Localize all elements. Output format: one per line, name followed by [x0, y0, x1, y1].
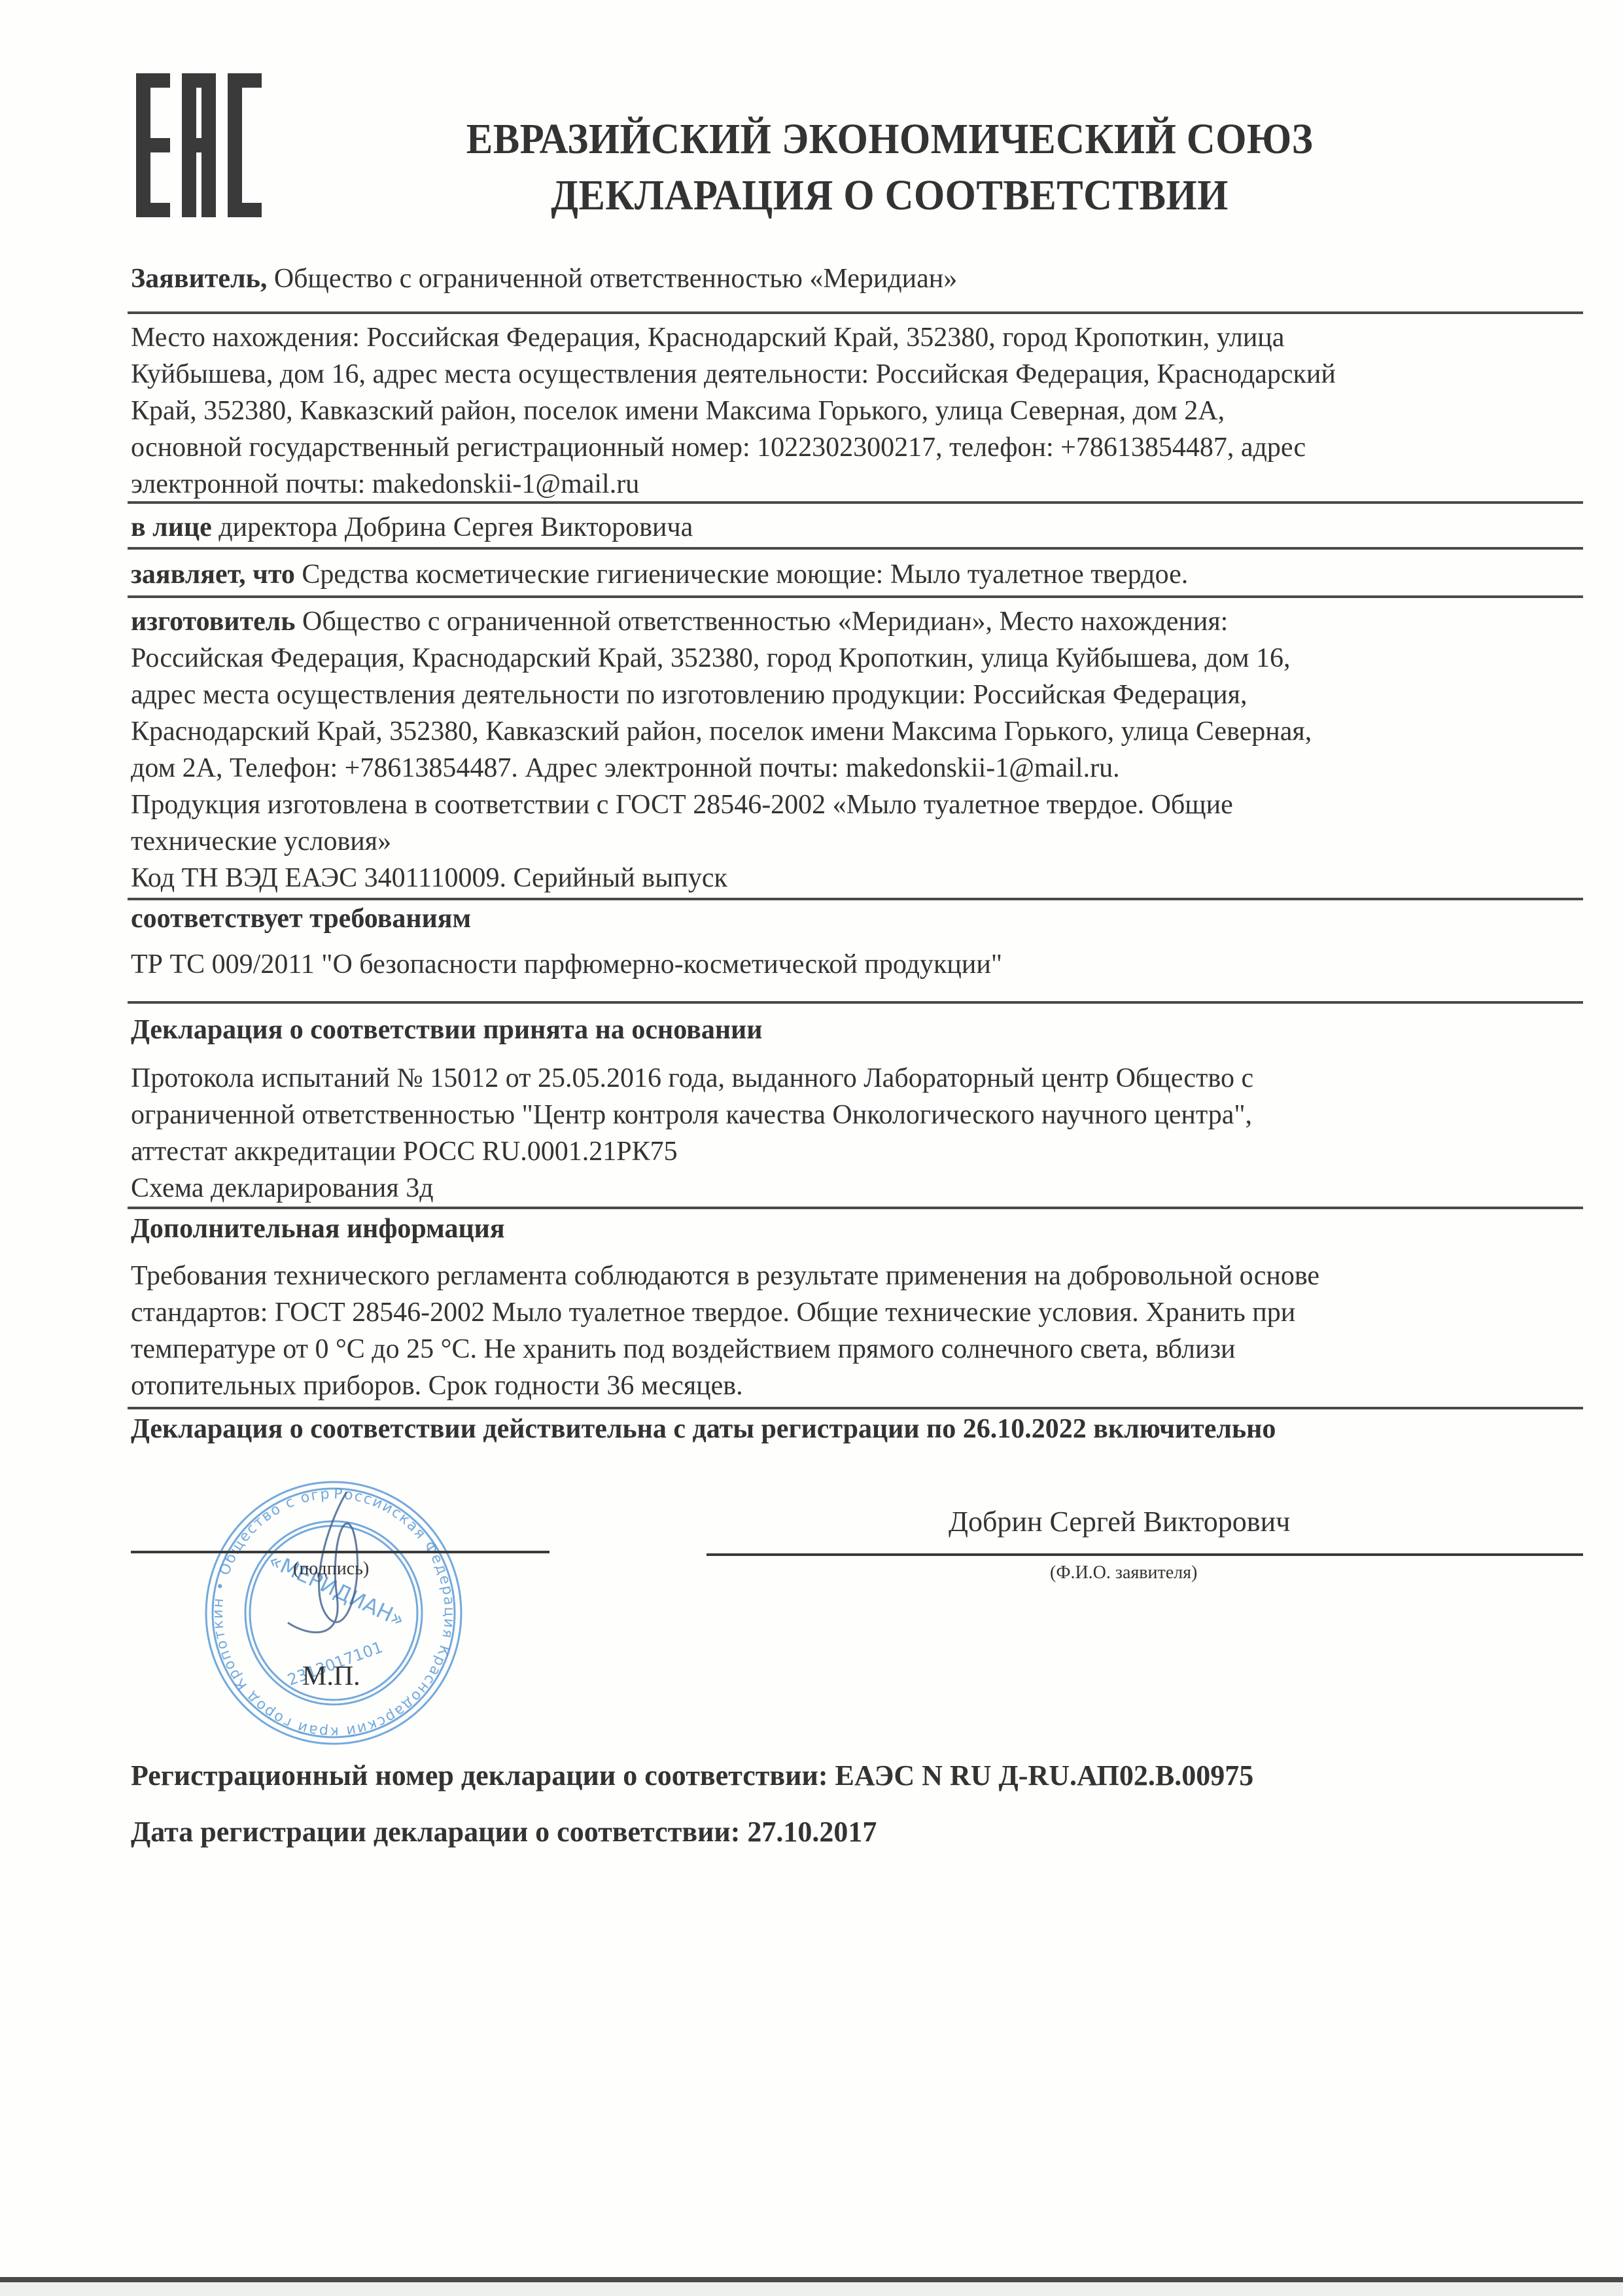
- basis-line: Протокола испытаний № 15012 от 25.05.201…: [131, 1060, 1583, 1097]
- additional-line: стандартов: ГОСТ 28546-2002 Мыло туалетн…: [131, 1294, 1583, 1331]
- manufacturer-line: изготовитель Общество с ограниченной отв…: [131, 603, 1583, 640]
- declaration-page: ЕВРАЗИЙСКИЙ ЭКОНОМИЧЕСКИЙ СОЮЗ ДЕКЛАРАЦИ…: [0, 0, 1623, 2296]
- divider: [128, 1407, 1583, 1409]
- divider: [128, 595, 1583, 598]
- document-title: ЕВРАЗИЙСКИЙ ЭКОНОМИЧЕСКИЙ СОЮЗ ДЕКЛАРАЦИ…: [366, 111, 1413, 224]
- location-line: основной государственный регистрационный…: [131, 429, 1583, 466]
- divider: [128, 547, 1583, 550]
- manufacturer-line: Краснодарский Край, 352380, Кавказский р…: [131, 713, 1583, 750]
- declares-row: заявляет, что Средства косметические гиг…: [131, 556, 1583, 593]
- divider: [128, 1207, 1583, 1209]
- scan-edge: [0, 2277, 1623, 2282]
- divider: [128, 311, 1583, 314]
- additional-line: температуре от 0 °С до 25 °С. Не хранить…: [131, 1331, 1583, 1368]
- requirements-heading: соответствует требованиям: [131, 900, 1583, 937]
- manufacturer-label: изготовитель: [131, 607, 296, 637]
- additional-block: Требования технического регламента соблю…: [131, 1258, 1583, 1404]
- declaration-scheme: Схема декларирования 3д: [131, 1170, 1583, 1207]
- declares-value: Средства косметические гигиенические мою…: [295, 559, 1188, 590]
- scan-margin: [0, 2282, 1623, 2296]
- declares-label: заявляет, что: [131, 559, 295, 590]
- basis-heading: Декларация о соответствии принята на осн…: [131, 1012, 1583, 1048]
- company-stamp-icon: Российская Федерация Краснодарский край …: [196, 1472, 471, 1754]
- represented-by-label: в лице: [131, 512, 212, 542]
- location-line: Место нахождения: Российская Федерация, …: [131, 319, 1583, 356]
- title-declaration: ДЕКЛАРАЦИЯ О СООТВЕТСТВИИ: [408, 168, 1371, 224]
- additional-line: Требования технического регламента соблю…: [131, 1258, 1583, 1294]
- location-line: Куйбышева, дом 16, адрес места осуществл…: [131, 356, 1583, 393]
- manufacturer-line: адрес места осуществления деятельности п…: [131, 677, 1583, 713]
- eac-mark-icon: [136, 73, 267, 217]
- represented-by-row: в лице директора Добрина Сергея Викторов…: [131, 509, 1583, 546]
- signer-name-line: [707, 1553, 1583, 1556]
- stamp-caption: М.П.: [302, 1661, 360, 1692]
- applicant-row: Заявитель, Общество с ограниченной ответ…: [131, 260, 1583, 297]
- requirements-value: ТР ТС 009/2011 "О безопасности парфюмерн…: [131, 946, 1583, 983]
- signer-caption: (Ф.И.О. заявителя): [1050, 1563, 1197, 1583]
- signature-caption: (подпись): [293, 1559, 369, 1580]
- standard-line: технические условия»: [131, 823, 1583, 860]
- basis-line: ограниченной ответственностью "Центр кон…: [131, 1097, 1583, 1133]
- location-line: Край, 352380, Кавказский район, поселок …: [131, 393, 1583, 429]
- manufacturer-line: Российская Федерация, Краснодарский Край…: [131, 640, 1583, 677]
- additional-heading: Дополнительная информация: [131, 1210, 1583, 1247]
- divider: [128, 1001, 1583, 1004]
- title-union: ЕВРАЗИЙСКИЙ ЭКОНОМИЧЕСКИЙ СОЮЗ: [408, 111, 1371, 168]
- signer-name: Добрин Сергей Викторович: [949, 1505, 1290, 1538]
- standard-line: Продукция изготовлена в соответствии с Г…: [131, 786, 1583, 823]
- location-line: электронной почты: makedonskii-1@mail.ru: [131, 466, 1583, 503]
- additional-line: отопительных приборов. Срок годности 36 …: [131, 1368, 1583, 1404]
- signature-line: [131, 1551, 550, 1553]
- registration-date: Дата регистрации декларации о соответств…: [131, 1815, 877, 1848]
- applicant-label: Заявитель,: [131, 264, 267, 294]
- applicant-value: Общество с ограниченной ответственностью…: [267, 264, 957, 294]
- manufacturer-block: изготовитель Общество с ограниченной отв…: [131, 603, 1583, 896]
- registration-number: Регистрационный номер декларации о соотв…: [131, 1759, 1253, 1792]
- location-block: Место нахождения: Российская Федерация, …: [131, 319, 1583, 503]
- represented-by-value: директора Добрина Сергея Викторовича: [212, 512, 693, 542]
- validity-statement: Декларация о соответствии действительна …: [131, 1411, 1583, 1447]
- manufacturer-line: дом 2А, Телефон: +78613854487. Адрес эле…: [131, 750, 1583, 786]
- basis-line: аттестат аккредитации РОСС RU.0001.21РК7…: [131, 1133, 1583, 1170]
- divider: [128, 501, 1583, 504]
- hs-code: Код ТН ВЭД ЕАЭС 3401110009. Серийный вып…: [131, 860, 1583, 896]
- basis-block: Протокола испытаний № 15012 от 25.05.201…: [131, 1060, 1583, 1207]
